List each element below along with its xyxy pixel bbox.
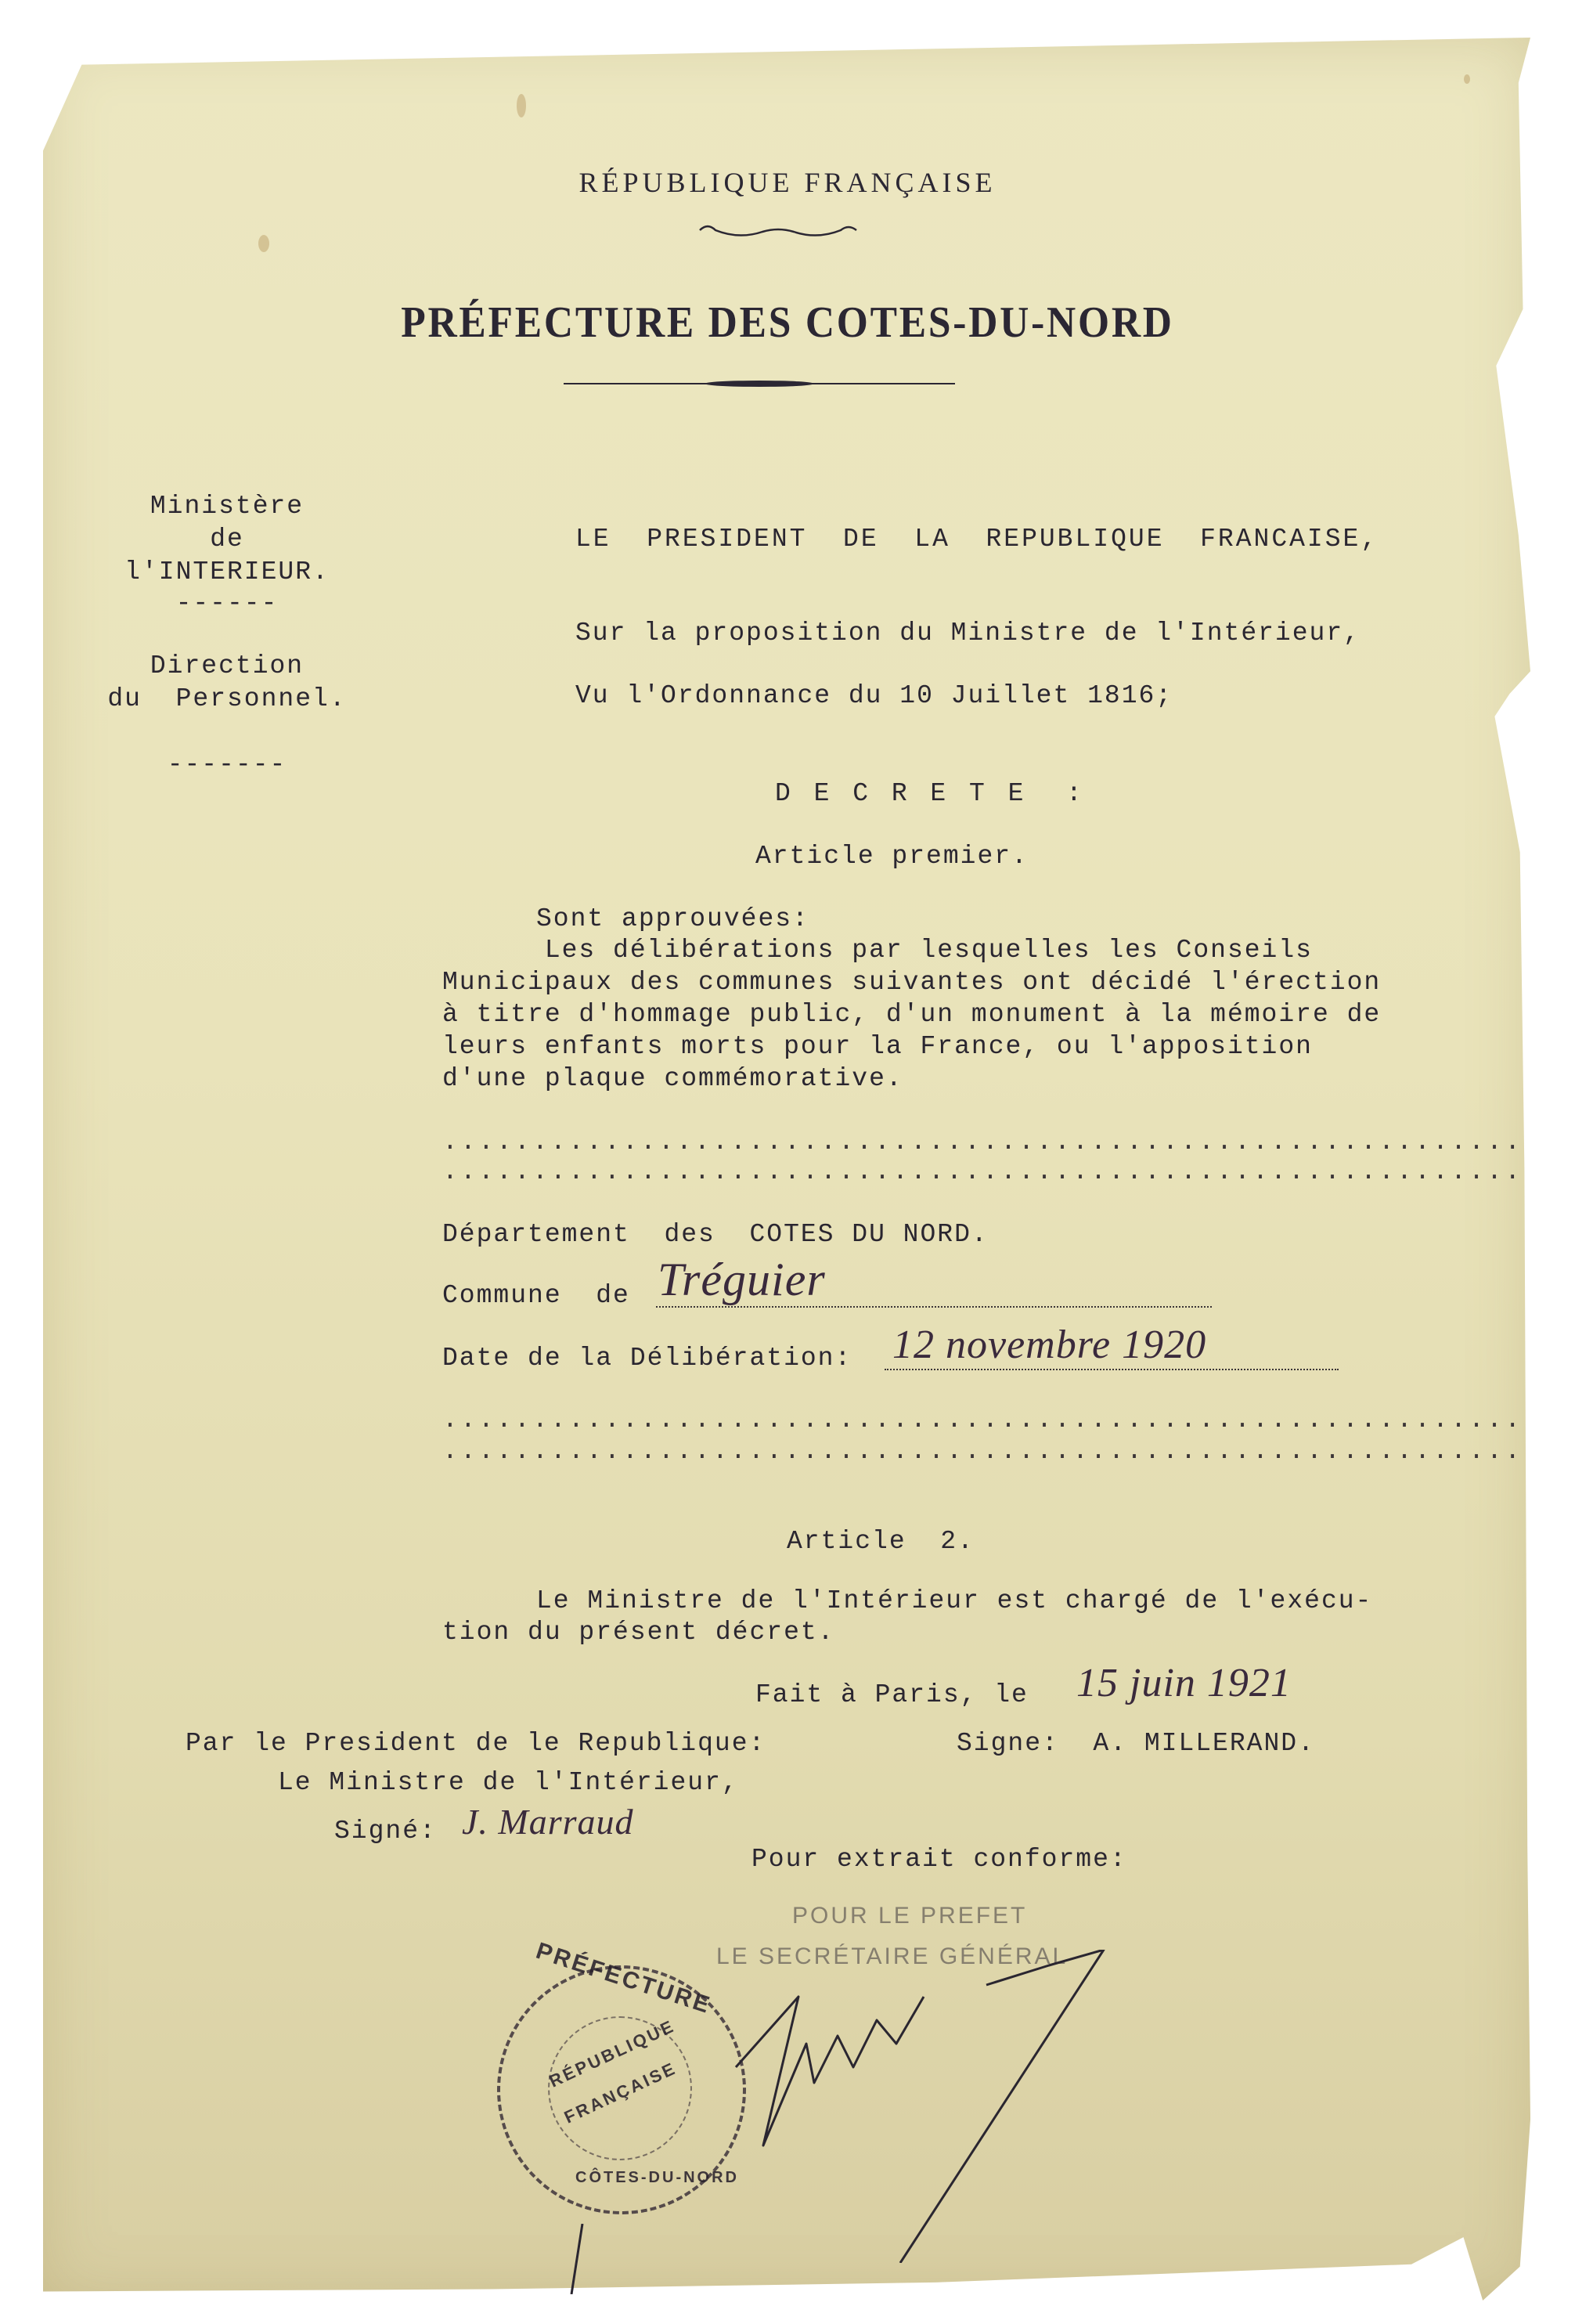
date-label: Date de la Délibération:	[442, 1344, 852, 1373]
margin-line: de	[63, 525, 391, 554]
seal-bottom-text: CÔTES-DU-NORD	[575, 2169, 739, 2187]
dotted-separator: ........................................…	[442, 1406, 1523, 1434]
date-handwritten-value: 12 novembre 1920	[892, 1322, 1206, 1368]
ornament-rule-icon	[564, 379, 955, 388]
body-line: leurs enfants morts pour la France, ou l…	[442, 1032, 1313, 1061]
dotted-separator: ........................................…	[442, 1437, 1523, 1466]
body-line: d'une plaque commémorative.	[442, 1064, 903, 1093]
extract-label: Pour extrait conforme:	[751, 1845, 1127, 1874]
preamble-line: Vu l'Ordonnance du 10 Juillet 1816;	[575, 681, 1173, 710]
body-line: à titre d'hommage public, d'un monument …	[442, 1000, 1381, 1029]
dotted-separator: ........................................…	[442, 1157, 1523, 1186]
preamble-line: Sur la proposition du Ministre de l'Inté…	[575, 619, 1361, 648]
secretary-signature-icon	[720, 1950, 1127, 2263]
margin-line: l'INTERIEUR.	[63, 558, 391, 586]
article1-title: Article premier.	[755, 842, 1029, 871]
date-field-line	[885, 1369, 1339, 1370]
article2-line: Le Ministre de l'Intérieur est chargé de…	[536, 1586, 1372, 1615]
article2-title: Article 2.	[787, 1527, 975, 1556]
president-signed: Signe: A. MILLERAND.	[957, 1729, 1315, 1758]
signed-label: Signé:	[334, 1817, 437, 1846]
paper-stain	[258, 235, 269, 252]
commune-label: Commune de	[442, 1281, 630, 1310]
body-line: Municipaux des communes suivantes ont dé…	[442, 968, 1381, 997]
department-label: Département des COTES DU NORD.	[442, 1220, 989, 1249]
ink-mark-icon	[565, 2224, 589, 2294]
prefecture-heading: PRÉFECTURE DES COTES-DU-NORD	[63, 298, 1512, 348]
minister-handwritten-signature: J. Marraud	[462, 1801, 634, 1842]
commune-handwritten-value: Tréguier	[658, 1253, 826, 1307]
republic-heading: RÉPUBLIQUE FRANÇAISE	[0, 166, 1575, 199]
preamble-title: LE PRESIDENT DE LA REPUBLIQUE FRANCAISE,	[575, 525, 1379, 554]
margin-line: Direction	[63, 651, 391, 680]
minister-label: Le Ministre de l'Intérieur,	[278, 1768, 739, 1797]
paper-stain	[517, 94, 526, 117]
body-line: Les délibérations par lesquelles les Con…	[442, 936, 1313, 965]
place-label: Fait à Paris, le	[755, 1680, 1029, 1709]
decree-heading: D E C R E T E :	[775, 779, 1086, 808]
approved-label: Sont approuvées:	[536, 904, 809, 933]
signing-date-handwritten: 15 juin 1921	[1076, 1660, 1292, 1706]
margin-line: Ministère	[63, 492, 391, 521]
margin-divider: -------	[63, 750, 391, 779]
article2-line: tion du présent décret.	[442, 1618, 834, 1647]
stamp-line: POUR LE PREFET	[792, 1903, 1027, 1929]
margin-line: du Personnel.	[63, 684, 391, 713]
by-president-label: Par le President de le Republique:	[186, 1729, 766, 1758]
margin-divider: ------	[63, 589, 391, 618]
paper-stain	[1464, 74, 1470, 84]
dotted-separator: ........................................…	[442, 1128, 1523, 1157]
ornament-flourish-icon	[697, 222, 861, 238]
